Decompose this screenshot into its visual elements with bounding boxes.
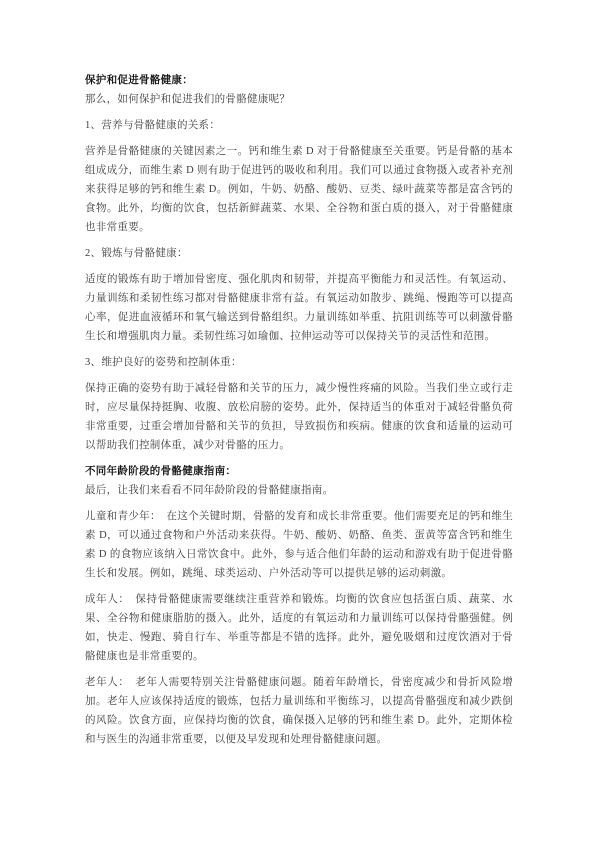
section-2-body: 适度的锻炼有助于增加骨密度、强化肌肉和韧带，并提高平衡能力和灵活性。有氧运动、力… <box>85 270 513 346</box>
age-group-seniors: 老年人： 老年人需要特别关注骨骼健康问题。随着年龄增长，骨密度减少和骨折风险增加… <box>85 673 513 749</box>
document-page: 保护和促进骨骼健康： 那么，如何保护和促进我们的骨骼健康呢？ 1、营养与骨骼健康… <box>0 0 595 841</box>
age-group-seniors-body: 老年人需要特别关注骨骼健康问题。随着年龄增长，骨密度减少和骨折风险增加。老年人应… <box>85 677 513 745</box>
age-guide-intro: 最后，让我们来看看不同年龄阶段的骨骼健康指南。 <box>85 481 513 500</box>
section-1-heading: 1、营养与骨骼健康的关系： <box>85 116 513 135</box>
section-3-body: 保持正确的姿势有助于减轻骨骼和关节的压力，减少慢性疼痛的风险。当我们坐立或行走时… <box>85 379 513 455</box>
section-2-heading: 2、锻炼与骨骼健康： <box>85 244 513 263</box>
age-guide-title: 不同年龄阶段的骨骼健康指南： <box>85 462 513 481</box>
document-content: 保护和促进骨骼健康： 那么，如何保护和促进我们的骨骼健康呢？ 1、营养与骨骼健康… <box>85 71 513 749</box>
age-group-children: 儿童和青少年： 在这个关键时期，骨骼的发育和成长非常重要。他们需要充足的钙和维生… <box>85 507 513 583</box>
age-group-adults: 成年人： 保持骨骼健康需要继续注重营养和锻炼。均衡的饮食应包括蛋白质、蔬菜、水果… <box>85 590 513 666</box>
age-group-adults-body: 保持骨骼健康需要继续注重营养和锻炼。均衡的饮食应包括蛋白质、蔬菜、水果、全谷物和… <box>85 594 513 662</box>
section-1-body: 营养是骨骼健康的关键因素之一。钙和维生素 D 对于骨骼健康至关重要。钙是骨骼的基… <box>85 142 513 237</box>
age-group-seniors-label: 老年人： <box>85 677 124 688</box>
doc-intro: 那么，如何保护和促进我们的骨骼健康呢？ <box>85 90 513 109</box>
section-3-heading: 3、维护良好的姿势和控制体重： <box>85 353 513 372</box>
doc-title-protect-bones: 保护和促进骨骼健康： <box>85 71 513 90</box>
age-group-adults-label: 成年人： <box>85 594 124 605</box>
age-group-children-label: 儿童和青少年： <box>85 511 156 522</box>
